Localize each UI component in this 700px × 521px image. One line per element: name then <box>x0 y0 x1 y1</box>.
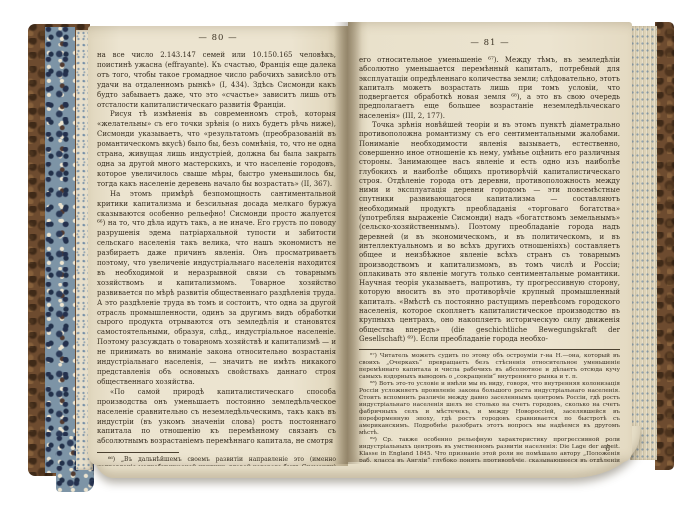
page-80: — 80 — на все число 2.143.147 семей или … <box>88 26 348 466</box>
footnote-separator <box>97 452 179 453</box>
paragraph: его относительное уменьшеніе ⁶⁷). Между … <box>359 56 620 121</box>
footnote: ⁶⁹) Ср. также особенно рельефную характе… <box>359 437 620 462</box>
paragraph: на все число 2.143.147 семей или 10.150.… <box>97 51 336 110</box>
page-number-80: — 80 — <box>88 33 348 43</box>
page-81-footnotes: ⁶⁷) Читатель можетъ судить по этому объ … <box>359 353 620 462</box>
page-80-footnotes: ⁶⁶) „Въ дальнѣйшемъ своемъ развитіи напр… <box>97 456 336 466</box>
paragraph: Точка зрѣнія новѣйшей теоріи и въ этомъ … <box>359 121 620 344</box>
right-page-edge-stack <box>630 26 657 460</box>
left-marbled-paper <box>45 27 75 473</box>
paragraph: Рисуя тѣ измѣненія въ современномъ строѣ… <box>97 110 336 189</box>
signature-mark: 6 <box>605 444 610 453</box>
footnote: ⁶⁸) Вотъ это-то условіе и имѣли мы въ ви… <box>359 381 620 437</box>
right-edge-speckle <box>630 26 657 460</box>
paragraph: На этомъ примѣрѣ безпомощность сантимент… <box>97 190 336 388</box>
right-cover-board <box>655 22 674 470</box>
book-photo: — 80 — на все число 2.143.147 семей или … <box>0 0 700 521</box>
page-81: — 81 — его относительное уменьшеніе ⁶⁷).… <box>348 22 632 462</box>
footnote: ⁶⁶) „Въ дальнѣйшемъ своемъ развитіи напр… <box>97 456 336 466</box>
paragraph: «По самой природѣ капиталистическаго спо… <box>97 388 336 447</box>
page-81-body: его относительное уменьшеніе ⁶⁷). Между … <box>359 56 620 344</box>
footnote-separator <box>359 349 620 350</box>
footnote: ⁶⁷) Читатель можетъ судить по этому объ … <box>359 353 620 381</box>
page-number-81: — 81 — <box>348 38 632 48</box>
page-80-body: на все число 2.143.147 семей или 10.150.… <box>97 51 336 447</box>
